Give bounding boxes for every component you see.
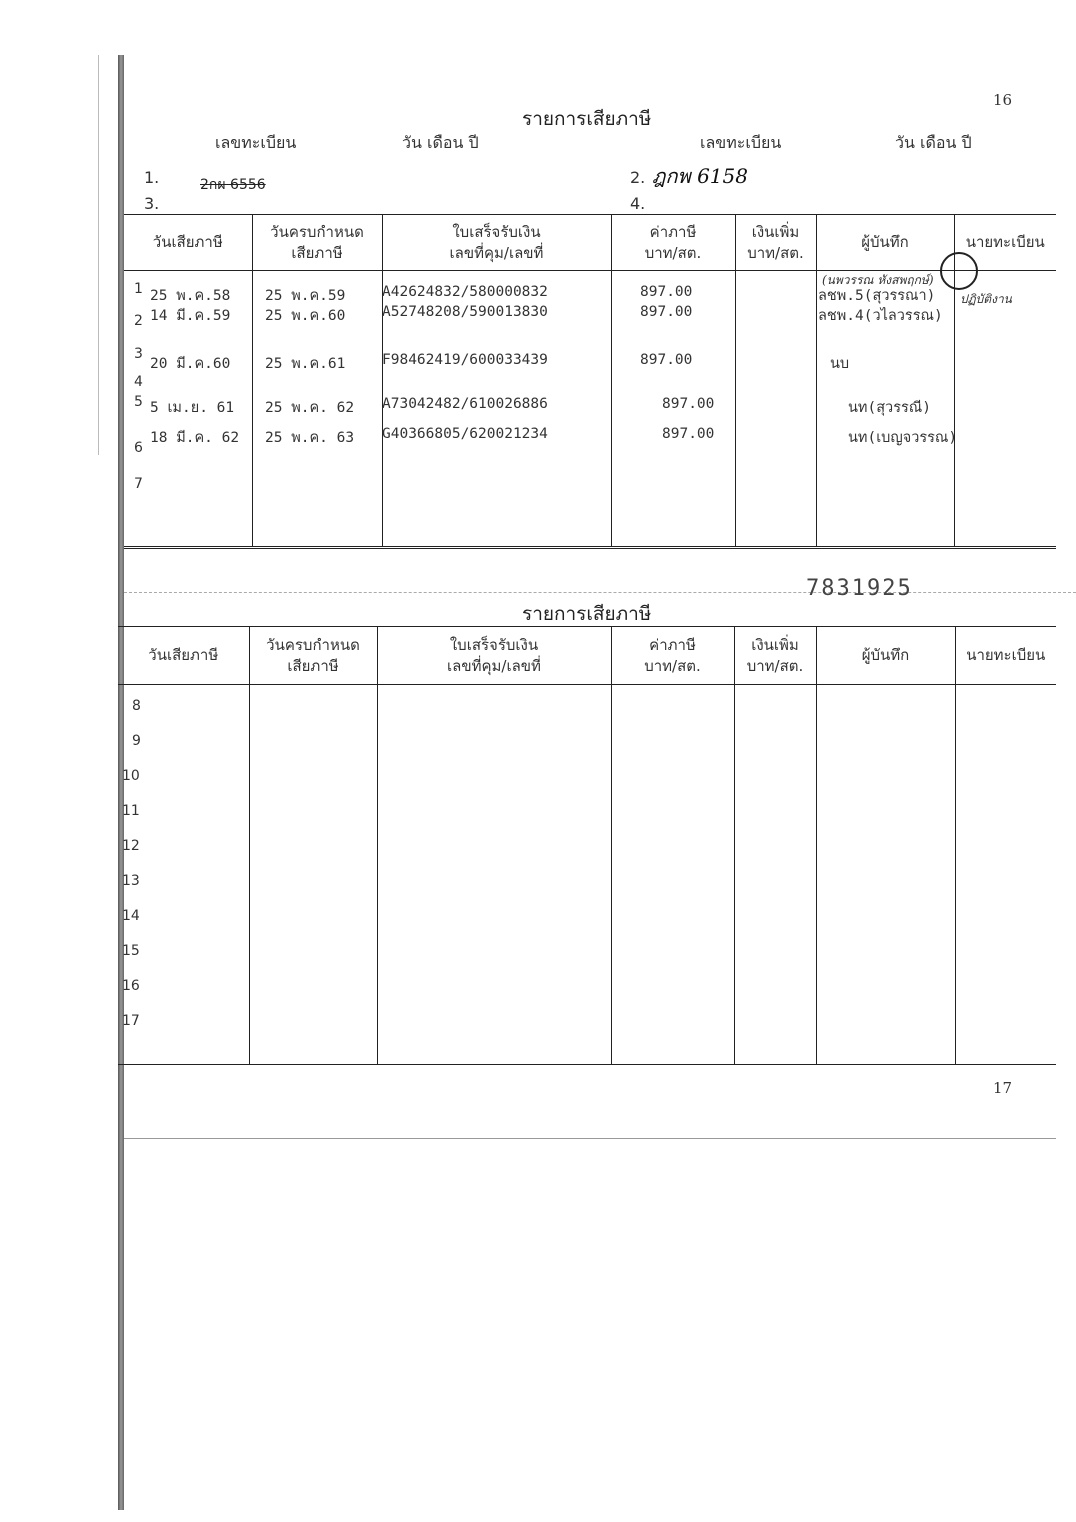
page-number-top: 16	[993, 91, 1012, 109]
recorder-cell: นบ	[830, 352, 849, 375]
date-label-left: วัน เดือน ปี	[402, 131, 479, 156]
binding-edge	[98, 55, 99, 455]
receipt-cell: F98462419/600033439	[382, 352, 548, 368]
col-header-recorder: ผู้บันทึก	[816, 627, 955, 685]
row-number: 15	[122, 943, 140, 959]
plate-index-3: 3.	[144, 194, 159, 213]
due-date-cell: 25 พ.ค.61	[265, 352, 345, 375]
tax-amount-cell: 897.00	[662, 426, 714, 442]
page-bottom-rule	[124, 1138, 1056, 1139]
paid-date-cell: 18 มี.ค. 62	[150, 426, 239, 449]
tax-amount-cell: 897.00	[640, 304, 692, 320]
row-number: 7	[134, 476, 143, 492]
plate-value-1-struck: 2กผ 6556	[200, 174, 266, 196]
col-header-due-date: วันครบกำหนด เสียภาษี	[252, 215, 382, 271]
paid-date-cell: 14 มี.ค.59	[150, 304, 230, 327]
paid-date-cell: 5 เม.ย. 61	[150, 396, 234, 419]
plate-index-1: 1.	[144, 168, 159, 187]
tax-amount-cell: 897.00	[640, 352, 692, 368]
row-number: 4	[134, 374, 143, 390]
col-header-registrar: นายทะเบียน	[955, 627, 1056, 685]
receipt-cell: A42624832/580000832	[382, 284, 548, 300]
row-number: 9	[132, 733, 141, 749]
due-date-cell: 25 พ.ค. 63	[265, 426, 354, 449]
col-header-receipt: ใบเสร็จรับเงิน เลขที่คุม/เลขที่	[377, 627, 611, 685]
row-number: 17	[122, 1013, 140, 1029]
official-stamp-icon	[940, 252, 978, 290]
col-header-paid-date: วันเสียภาษี	[118, 627, 249, 685]
row-number: 8	[132, 698, 141, 714]
recorder-cell: ลชพ.4(วไลวรรณ)	[818, 304, 943, 327]
reg-label-right: เลขทะเบียน	[700, 131, 781, 156]
top-table-bottom-border	[124, 548, 1056, 549]
plate-index-2: 2.	[630, 168, 645, 187]
receipt-cell: A73042482/610026886	[382, 396, 548, 412]
plate-index-4: 4.	[630, 194, 645, 213]
row-number: 14	[122, 908, 140, 924]
col-header-due-date: วันครบกำหนด เสียภาษี	[249, 627, 377, 685]
col-header-tax: ค่าภาษี บาท/สต.	[611, 215, 735, 271]
tax-table-top: วันเสียภาษี วันครบกำหนด เสียภาษี ใบเสร็จ…	[124, 214, 1056, 547]
col-header-surcharge: เงินเพิ่ม บาท/สต.	[734, 627, 816, 685]
due-date-cell: 25 พ.ค. 62	[265, 396, 354, 419]
tax-table-bottom: วันเสียภาษี วันครบกำหนด เสียภาษี ใบเสร็จ…	[118, 626, 1056, 1065]
page-title-top: รายการเสียภาษี	[522, 104, 651, 134]
col-header-surcharge: เงินเพิ่ม บาท/สต.	[735, 215, 816, 271]
stamp-note: ปฏิบัติงาน	[960, 290, 1012, 309]
row-number: 2	[134, 313, 143, 329]
row-number: 5	[134, 394, 143, 410]
row-number: 10	[122, 768, 140, 784]
receipt-cell: A52748208/590013830	[382, 304, 548, 320]
row-number: 6	[134, 440, 143, 456]
perforation-line	[124, 592, 1076, 593]
col-header-paid-date: วันเสียภาษี	[124, 215, 252, 271]
col-header-tax: ค่าภาษี บาท/สต.	[611, 627, 734, 685]
row-number: 16	[122, 978, 140, 994]
tax-amount-cell: 897.00	[662, 396, 714, 412]
page-title-bottom: รายการเสียภาษี	[522, 599, 651, 629]
paid-date-cell: 20 มี.ค.60	[150, 352, 230, 375]
row-number: 11	[122, 803, 140, 819]
col-header-recorder: ผู้บันทึก	[816, 215, 954, 271]
tax-amount-cell: 897.00	[640, 284, 692, 300]
plate-value-2-handwritten: ฎกพ 6158	[652, 160, 748, 192]
receipt-cell: G40366805/620021234	[382, 426, 548, 442]
row-number: 1	[134, 281, 143, 297]
recorder-cell: นท(เบญจวรรณ)	[848, 426, 957, 449]
reg-label-left: เลขทะเบียน	[215, 131, 296, 156]
col-header-receipt: ใบเสร็จรับเงิน เลขที่คุม/เลขที่	[382, 215, 611, 271]
row-number: 3	[134, 346, 143, 362]
serial-number: 7831925	[806, 576, 913, 601]
page-number-bottom: 17	[993, 1079, 1012, 1097]
recorder-cell: นท(สุวรรณี)	[848, 396, 931, 419]
row-number: 13	[122, 873, 140, 889]
date-label-right: วัน เดือน ปี	[895, 131, 972, 156]
due-date-cell: 25 พ.ค.60	[265, 304, 345, 327]
signature-note: (นพวรรณ หังสพฤกษ์)	[822, 271, 934, 290]
row-number: 12	[122, 838, 140, 854]
